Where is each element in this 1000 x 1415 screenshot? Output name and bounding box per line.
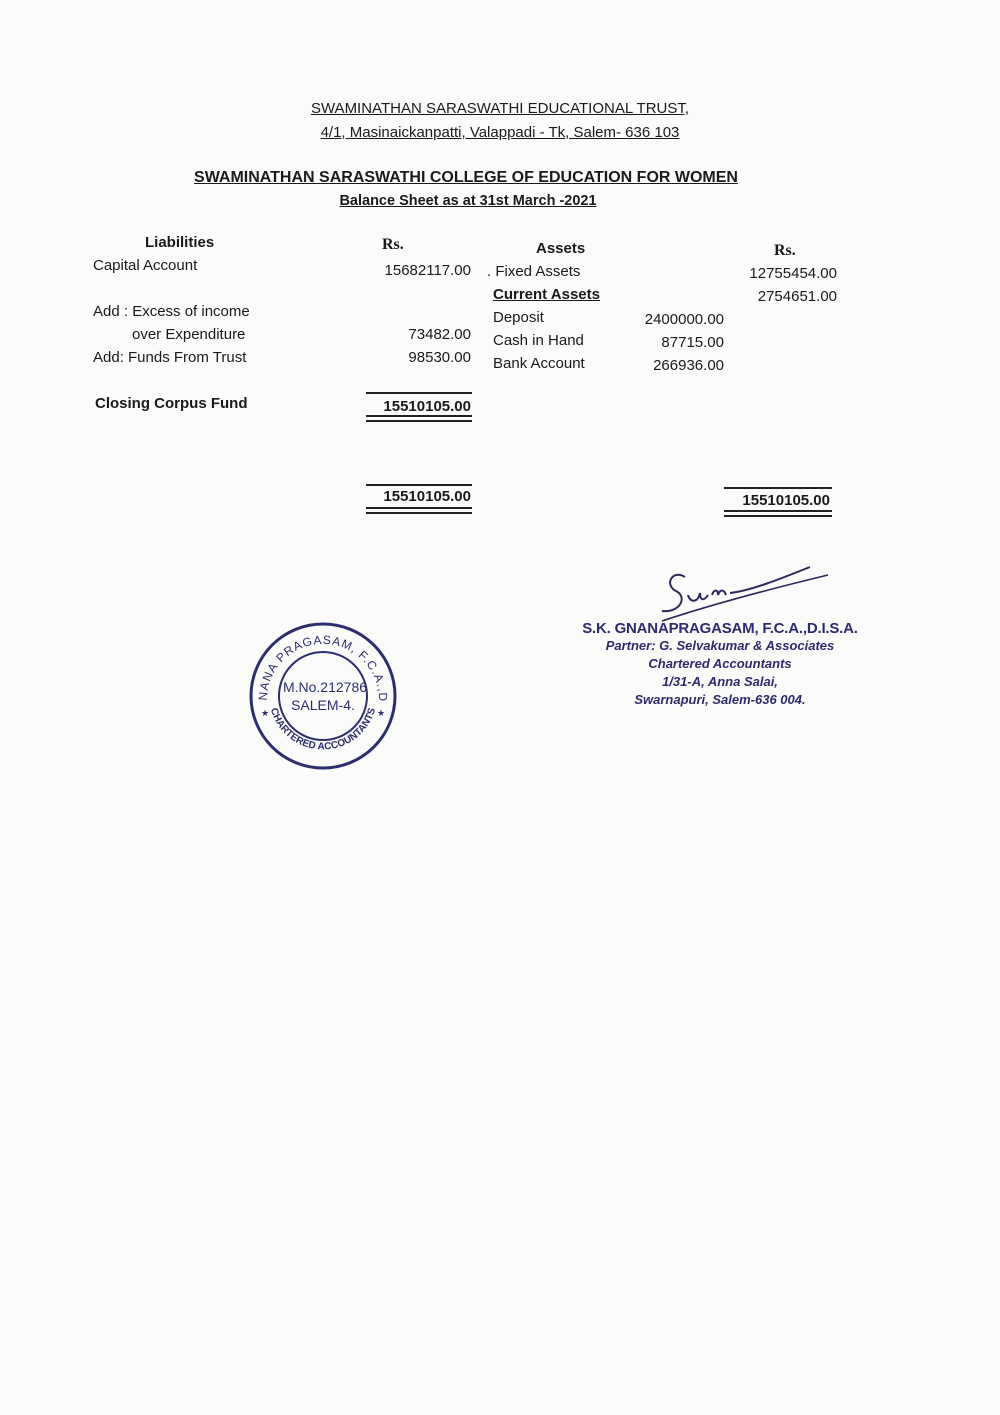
closing-top-rule [366, 392, 472, 394]
svg-text:SALEM-4.: SALEM-4. [291, 697, 355, 713]
assets-total-double-rule [724, 510, 832, 517]
closing-corpus-amount: 15510105.00 [340, 398, 471, 415]
handwritten-signature-icon [650, 555, 840, 625]
current-assets-label: Current Assets [493, 286, 600, 303]
over-expenditure-label: over Expenditure [132, 326, 245, 343]
capital-account-amount: 15682117.00 [340, 262, 471, 279]
liabilities-total-double-rule [366, 507, 472, 514]
funds-from-trust-amount: 98530.00 [340, 349, 471, 366]
assets-heading: Assets [536, 240, 585, 257]
svg-text:★: ★ [377, 708, 385, 718]
svg-text:CHARTERED ACCOUNTANTS: CHARTERED ACCOUNTANTS [268, 706, 379, 752]
bank-account-label: Bank Account [493, 355, 585, 372]
deposit-amount: 2400000.00 [600, 311, 724, 328]
current-assets-amount: 2754651.00 [700, 288, 837, 305]
chartered-accountant-seal: S.K. GNANA PRAGASAM, F.C.A.,D.I.S.A. CHA… [247, 620, 399, 772]
liabilities-currency-heading: Rs. [382, 236, 404, 254]
assets-total-top-rule [724, 487, 832, 489]
statement-title: Balance Sheet as at 31st March -2021 [0, 193, 968, 209]
svg-text:★: ★ [261, 708, 269, 718]
closing-corpus-label: Closing Corpus Fund [95, 395, 247, 412]
trust-address: 4/1, Masinaickanpatti, Valappadi - Tk, S… [0, 124, 1000, 141]
excess-income-amount: 73482.00 [340, 326, 471, 343]
liabilities-total-top-rule [366, 484, 472, 486]
auditor-signature-block: S.K. GNANAPRAGASAM, F.C.A.,D.I.S.A. Part… [560, 620, 880, 709]
seal-icon: S.K. GNANA PRAGASAM, F.C.A.,D.I.S.A. CHA… [247, 620, 399, 772]
auditor-title: Chartered Accountants [560, 655, 880, 673]
liabilities-total: 15510105.00 [340, 488, 471, 505]
svg-text:M.No.212786: M.No.212786 [283, 679, 367, 695]
funds-from-trust-label: Add: Funds From Trust [93, 349, 246, 366]
cash-in-hand-label: Cash in Hand [493, 332, 584, 349]
liabilities-heading: Liabilities [145, 234, 214, 251]
fixed-assets-label: . Fixed Assets [493, 263, 580, 280]
assets-total: 15510105.00 [690, 492, 830, 509]
signature-scribble [650, 555, 840, 630]
deposit-label: Deposit [493, 309, 544, 326]
excess-income-label: Add : Excess of income [93, 303, 250, 320]
trust-name: SWAMINATHAN SARASWATHI EDUCATIONAL TRUST… [0, 100, 1000, 117]
capital-account-label: Capital Account [93, 257, 197, 274]
fixed-assets-amount: 12755454.00 [700, 265, 837, 282]
auditor-partner: Partner: G. Selvakumar & Associates [560, 637, 880, 655]
cash-in-hand-amount: 87715.00 [600, 334, 724, 351]
auditor-name: S.K. GNANAPRAGASAM, F.C.A.,D.I.S.A. [560, 620, 880, 637]
bank-account-amount: 266936.00 [600, 357, 724, 374]
auditor-address-line1: 1/31-A, Anna Salai, [560, 673, 880, 691]
college-name: SWAMINATHAN SARASWATHI COLLEGE OF EDUCAT… [0, 169, 966, 187]
auditor-address-line2: Swarnapuri, Salem-636 004. [560, 691, 880, 709]
closing-double-rule [366, 415, 472, 422]
assets-currency-heading: Rs. [774, 242, 796, 260]
